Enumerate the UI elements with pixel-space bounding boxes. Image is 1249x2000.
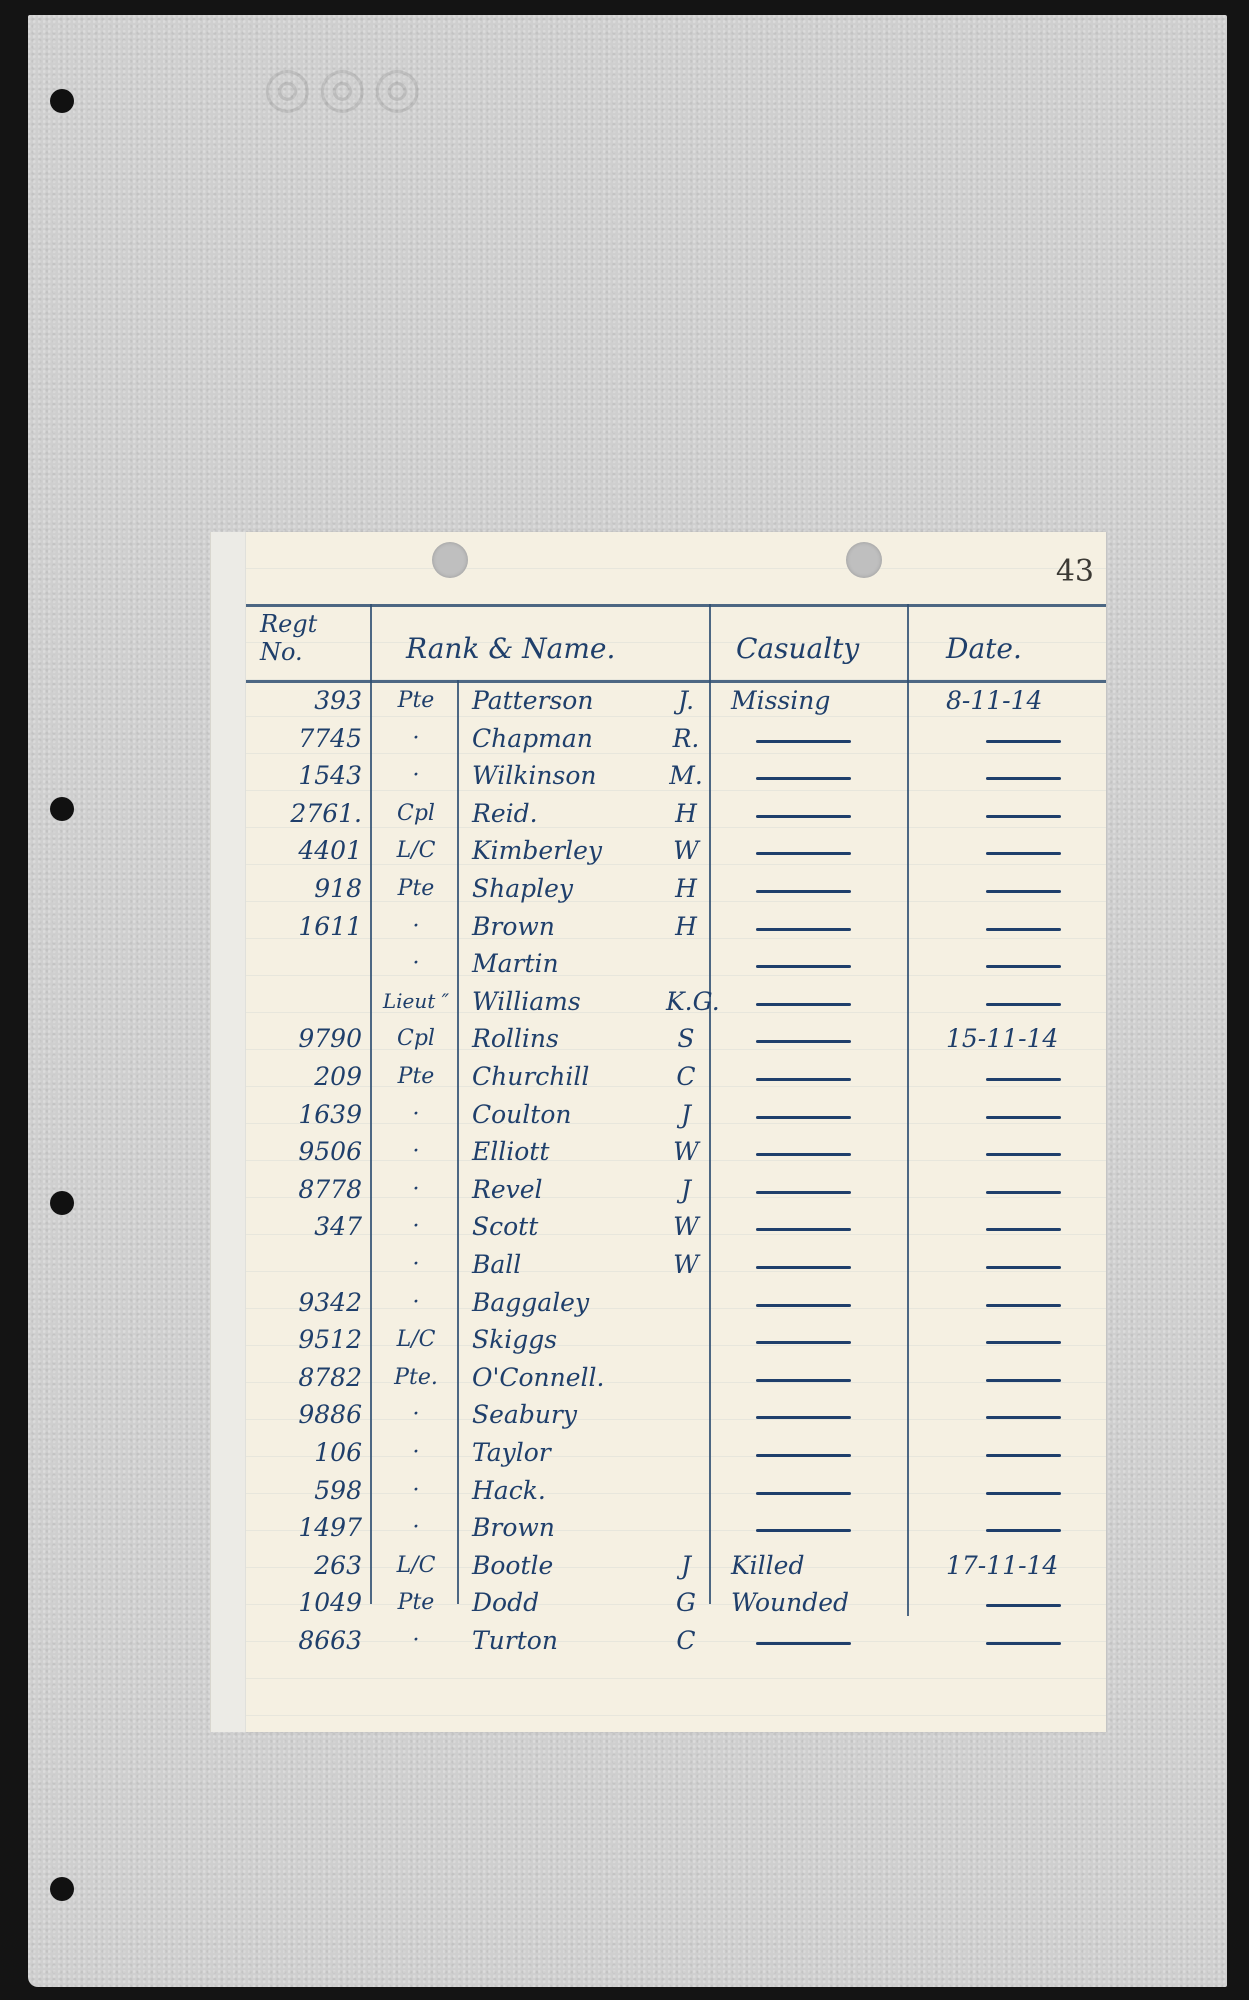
casualty-list-sheet: 43 Regt No. Rank & Name. Casualty Date. … [246,532,1106,1732]
regt-number: 9506 [266,1133,362,1170]
surname: Brown [472,908,555,945]
surname: Elliott [472,1133,549,1170]
regt-number: 8782 [266,1359,362,1396]
header-date: Date. [946,632,1022,665]
surname: Chapman [472,720,593,757]
rank: · [380,1434,452,1471]
casualty-ditto-mark [756,815,851,818]
rank: · [380,720,452,757]
casualty-ditto-mark [756,1304,851,1307]
initial: J [666,1171,706,1208]
date-ditto-mark [986,1116,1061,1119]
casualty-ditto-mark [756,965,851,968]
date-ditto-mark [986,1642,1061,1645]
initial: K.G. [666,983,706,1020]
regt-number: 9512 [266,1321,362,1358]
regt-number: 106 [266,1434,362,1471]
rank: Pte [380,870,452,907]
initial: J [666,1096,706,1133]
date-ditto-mark [986,928,1061,931]
surname: Revel [472,1171,543,1208]
surname: Baggaley [472,1284,589,1321]
regt-number: 1611 [266,908,362,945]
initial [666,945,706,982]
punch-hole-icon [846,542,882,578]
date-ditto-mark [986,965,1061,968]
rank: Pte [380,682,452,719]
date-ditto-mark [986,1454,1061,1457]
date-ditto-mark [986,1604,1061,1607]
rank: Pte [380,1584,452,1621]
initial: C [666,1622,706,1659]
date-ditto-mark [986,740,1061,743]
initial: W [666,1246,706,1283]
rank: Cpl [380,1020,452,1057]
casualty-ditto-mark [756,1454,851,1457]
initial [666,1321,706,1358]
regt-number: 4401 [266,832,362,869]
rank: Lieut ″ [380,983,452,1020]
casualty-ditto-mark [756,928,851,931]
surname: Dodd [472,1584,539,1621]
initial: W [666,832,706,869]
regt-number: 263 [266,1547,362,1584]
rank: · [380,1171,452,1208]
casualty-ditto-mark [756,740,851,743]
surname: Ball [472,1246,521,1283]
regt-number: 1049 [266,1584,362,1621]
surname: Wilkinson [472,757,596,794]
rank: · [380,1509,452,1546]
initial [666,1434,706,1471]
regt-number: 1639 [266,1096,362,1133]
faint-stamp-mark: ◎◎◎ [263,55,493,135]
initial: H [666,870,706,907]
initial: G [666,1584,706,1621]
header-casualty: Casualty [736,632,859,665]
regt-number: 7745 [266,720,362,757]
rank: · [380,1208,452,1245]
regt-number: 598 [266,1472,362,1509]
surname: Kimberley [472,832,602,869]
rank: · [380,1096,452,1133]
surname: Churchill [472,1058,589,1095]
rank: · [380,908,452,945]
regt-number [266,1246,362,1283]
page-number: 43 [1056,554,1094,589]
casualty-ditto-mark [756,1341,851,1344]
rank: L/C [380,1547,452,1584]
surname: Taylor [472,1434,551,1471]
binder-hole-icon [50,1191,74,1215]
date-ditto-mark [986,1304,1061,1307]
regt-number: 347 [266,1208,362,1245]
surname: Patterson [472,682,593,719]
surname: Coulton [472,1096,571,1133]
header-regt-no: Regt No. [260,610,360,666]
binder-hole-icon [50,797,74,821]
surname: O'Connell. [472,1359,604,1396]
rank: · [380,1622,452,1659]
surname: Brown [472,1509,555,1546]
casualty-ditto-mark [756,890,851,893]
regt-number: 9886 [266,1396,362,1433]
initial: J [666,1547,706,1584]
casualty-ditto-mark [756,1529,851,1532]
casualty-ditto-mark [756,1492,851,1495]
regt-number: 2761. [266,795,362,832]
casualty-status: Missing [731,682,830,719]
regt-number: 393 [266,682,362,719]
casualty-ditto-mark [756,1040,851,1043]
rank: · [380,1284,452,1321]
initial: H [666,908,706,945]
initial: W [666,1208,706,1245]
column-rule-casualty [907,604,909,1616]
date-ditto-mark [986,1078,1061,1081]
casualty-status: Killed [731,1547,804,1584]
date-ditto-mark [986,777,1061,780]
regt-number: 8663 [266,1622,362,1659]
initial [666,1472,706,1509]
date-ditto-mark [986,1416,1061,1419]
date-ditto-mark [986,1153,1061,1156]
column-rule-rank [457,680,459,1604]
regt-number [266,945,362,982]
column-rule-regt [370,604,372,1604]
rank: L/C [380,832,452,869]
casualty-ditto-mark [756,1003,851,1006]
casualty-ditto-mark [756,1116,851,1119]
rank: · [380,945,452,982]
initial: R. [666,720,706,757]
surname: Shapley [472,870,573,907]
regt-number: 918 [266,870,362,907]
regt-number: 209 [266,1058,362,1095]
initial [666,1396,706,1433]
surname: Rollins [472,1020,559,1057]
casualty-ditto-mark [756,1078,851,1081]
initial: S [666,1020,706,1057]
surname: Seabury [472,1396,577,1433]
date-ditto-mark [986,1003,1061,1006]
initial: J. [666,682,706,719]
regt-number: 9790 [266,1020,362,1057]
casualty-status: Wounded [731,1584,849,1621]
casualty-date: 15-11-14 [946,1020,1058,1057]
initial [666,1284,706,1321]
date-ditto-mark [986,1492,1061,1495]
initial: W [666,1133,706,1170]
rank: L/C [380,1321,452,1358]
rank: Pte. [380,1359,452,1396]
casualty-ditto-mark [756,1228,851,1231]
casualty-ditto-mark [756,1416,851,1419]
surname: Williams [472,983,581,1020]
header-top-rule [246,604,1106,607]
date-ditto-mark [986,1191,1061,1194]
header-rank-name: Rank & Name. [406,632,615,665]
casualty-ditto-mark [756,1642,851,1645]
binder-hole-icon [50,1877,74,1901]
rank: · [380,757,452,794]
date-ditto-mark [986,1266,1061,1269]
date-ditto-mark [986,815,1061,818]
date-ditto-mark [986,890,1061,893]
initial: M. [666,757,706,794]
casualty-ditto-mark [756,1191,851,1194]
casualty-ditto-mark [756,852,851,855]
initial [666,1359,706,1396]
surname: Turton [472,1622,558,1659]
surname: Hack. [472,1472,546,1509]
surname: Bootle [472,1547,553,1584]
column-rule-name [709,604,711,1604]
date-ditto-mark [986,1341,1061,1344]
surname: Reid. [472,795,538,832]
casualty-date: 17-11-14 [946,1547,1058,1584]
casualty-ditto-mark [756,1153,851,1156]
surname: Scott [472,1208,538,1245]
regt-number: 1543 [266,757,362,794]
rank: Pte [380,1058,452,1095]
regt-number: 8778 [266,1171,362,1208]
date-ditto-mark [986,1379,1061,1382]
rank: · [380,1396,452,1433]
rank: · [380,1472,452,1509]
rank: Cpl [380,795,452,832]
regt-number: 9342 [266,1284,362,1321]
casualty-ditto-mark [756,777,851,780]
date-ditto-mark [986,852,1061,855]
initial [666,1509,706,1546]
rank: · [380,1133,452,1170]
regt-number [266,983,362,1020]
binder-hole-icon [50,89,74,113]
casualty-date: 8-11-14 [946,682,1042,719]
initial: C [666,1058,706,1095]
regt-number: 1497 [266,1509,362,1546]
surname: Skiggs [472,1321,557,1358]
casualty-ditto-mark [756,1266,851,1269]
date-ditto-mark [986,1228,1061,1231]
surname: Martin [472,945,559,982]
casualty-ditto-mark [756,1379,851,1382]
initial: H [666,795,706,832]
date-ditto-mark [986,1529,1061,1532]
punch-hole-icon [432,542,468,578]
rank: · [380,1246,452,1283]
